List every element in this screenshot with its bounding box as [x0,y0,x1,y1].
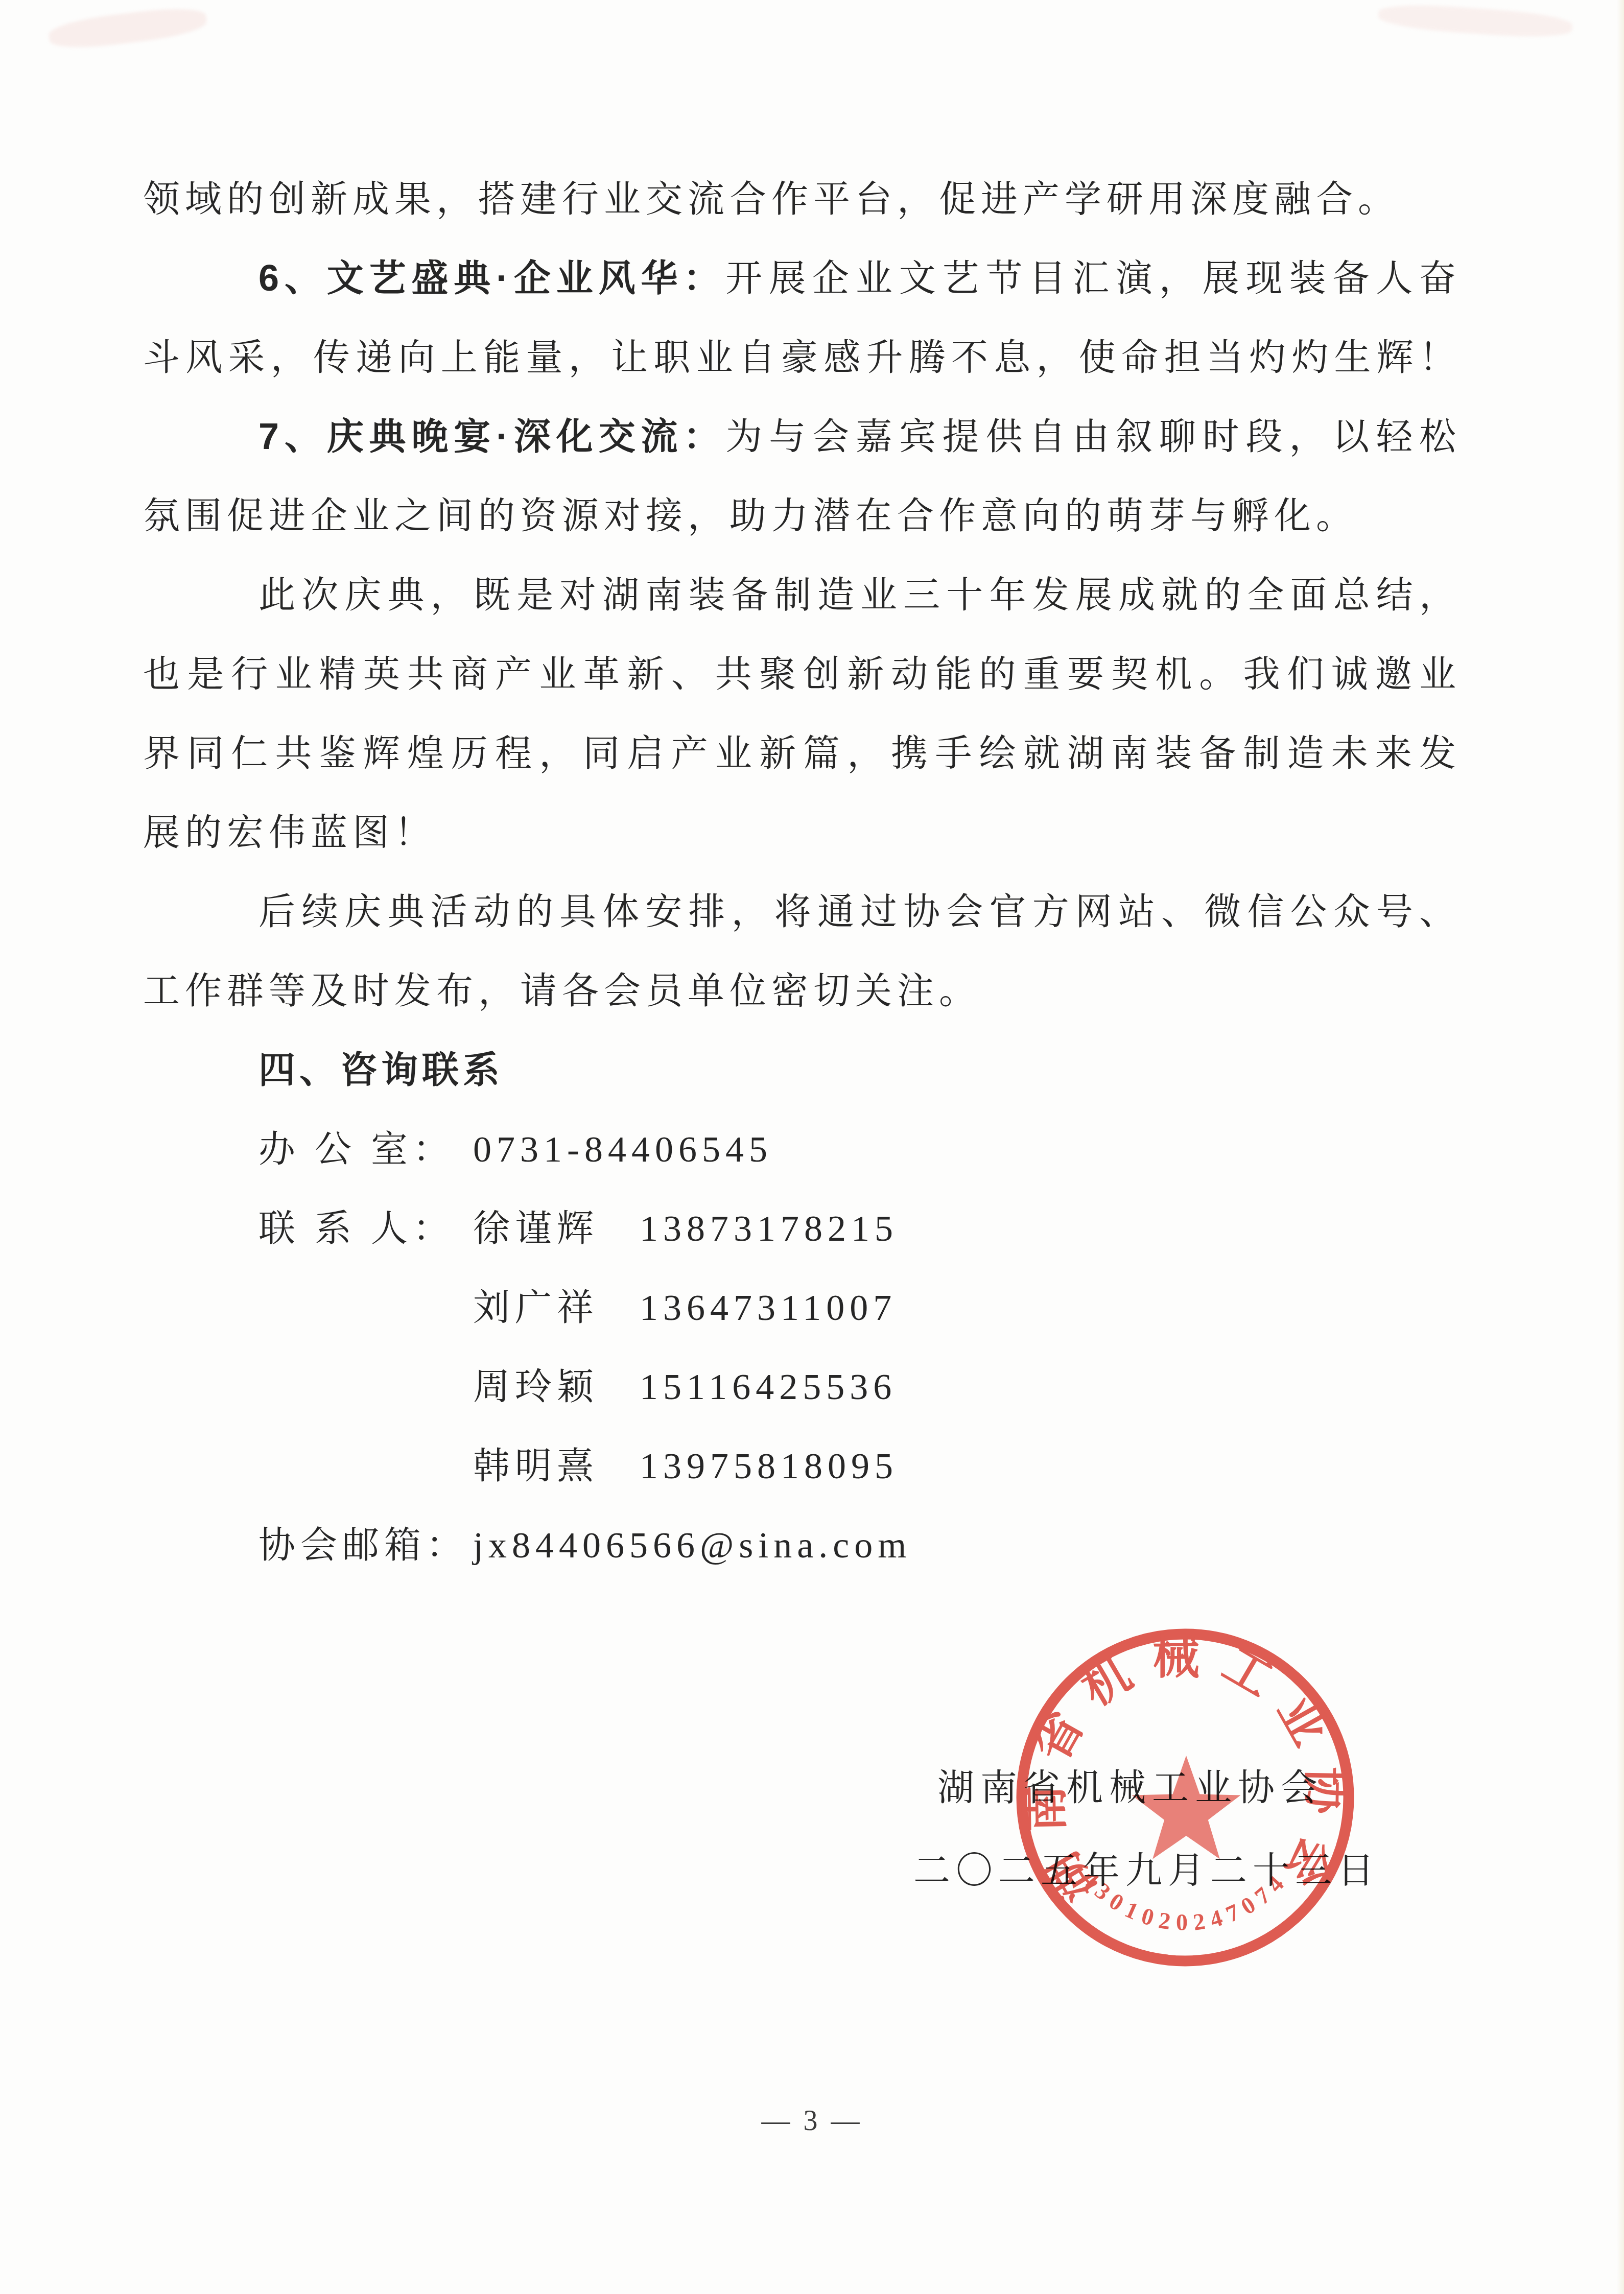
contact-phone: 13873178215 [640,1189,898,1268]
text-segment-bold: 7、庆典晚宴·深化交流： [258,416,725,457]
contact-office-row: 办 公 室：0731-84406545 [143,1110,1461,1189]
office-phone: 0731-84406545 [473,1110,772,1189]
text-line: 后续庆典活动的具体安排，将通过协会官方网站、微信公众号、 [143,872,1461,952]
text-segment-bold: 四、咨询联系 [258,1050,504,1091]
contact-person-label [258,1427,473,1506]
contact-name: 刘广祥 [473,1268,640,1347]
contact-name: 韩明熹 [473,1427,640,1506]
page-edge-shadow [1617,0,1624,2294]
body-text: 领域的创新成果，搭建行业交流合作平台，促进产学研用深度融合。6、文艺盛典·企业风… [143,160,1461,1585]
contact-person-row: 韩明熹13975818095 [143,1427,1461,1506]
text-segment: 工作群等及时发布，请各会员单位密切关注。 [143,971,981,1011]
email-address: jx84406566@sina.com [473,1506,911,1585]
text-segment: 开展企业文艺节目汇演，展现装备人奋 [725,258,1461,299]
text-line: 氛围促进企业之间的资源对接，助力潜在合作意向的萌芽与孵化。 [143,477,1461,556]
document-page: 领域的创新成果，搭建行业交流合作平台，促进产学研用深度融合。6、文艺盛典·企业风… [0,0,1624,2294]
contact-phone: 13975818095 [640,1427,898,1506]
text-segment: 领域的创新成果，搭建行业交流合作平台，促进产学研用深度融合。 [143,179,1400,220]
contact-phone: 13647311007 [640,1268,897,1347]
text-line: 7、庆典晚宴·深化交流：为与会嘉宾提供自由叙聊时段，以轻松 [143,397,1461,477]
text-line: 展的宏伟蓝图！ [143,793,1461,872]
contact-person-row: 刘广祥13647311007 [143,1268,1461,1347]
text-segment: 氛围促进企业之间的资源对接，助力潜在合作意向的萌芽与孵化。 [143,495,1358,536]
text-segment: 界同仁共鉴辉煌历程，同启产业新篇，携手绘就湖南装备制造未来发 [143,733,1461,774]
text-segment: 也是行业精英共商产业革新、共聚创新动能的重要契机。我们诚邀业 [143,654,1461,695]
text-segment-bold: 6、文艺盛典·企业风华： [258,258,725,299]
text-line: 此次庆典，既是对湖南装备制造业三十年发展成就的全面总结， [143,556,1461,635]
contact-name: 周玲颖 [473,1347,640,1427]
text-segment: 此次庆典，既是对湖南装备制造业三十年发展成就的全面总结， [258,575,1461,616]
body-lines: 领域的创新成果，搭建行业交流合作平台，促进产学研用深度融合。6、文艺盛典·企业风… [143,160,1461,1110]
text-line: 界同仁共鉴辉煌历程，同启产业新篇，携手绘就湖南装备制造未来发 [143,714,1461,793]
office-label: 办 公 室： [258,1110,473,1189]
email-label: 协会邮箱： [258,1506,473,1585]
official-seal-stamp: 湖南省机械工业协会 4301020247074 [1014,1619,1356,1977]
contact-email-row: 协会邮箱：jx84406566@sina.com [143,1506,1461,1585]
contact-phone: 15116425536 [640,1347,897,1427]
contact-person-label [258,1347,473,1427]
scan-artifact-top-right [1378,2,1573,40]
contact-person-label [258,1268,473,1347]
contact-name: 徐谨辉 [473,1189,640,1268]
contact-person-row: 联 系 人：徐谨辉13873178215 [143,1189,1461,1268]
text-segment: 为与会嘉宾提供自由叙聊时段，以轻松 [725,416,1461,457]
text-line: 斗风采，传递向上能量，让职业自豪感升腾不息，使命担当灼灼生辉！ [143,318,1461,397]
text-line: 四、咨询联系 [143,1031,1461,1110]
text-segment: 斗风采，传递向上能量，让职业自豪感升腾不息，使命担当灼灼生辉！ [143,337,1461,378]
page-number: — 3 — [0,2104,1624,2137]
text-line: 工作群等及时发布，请各会员单位密切关注。 [143,952,1461,1031]
contact-person-label: 联 系 人： [258,1189,473,1268]
text-line: 6、文艺盛典·企业风华：开展企业文艺节目汇演，展现装备人奋 [143,239,1461,318]
text-line: 也是行业精英共商产业革新、共聚创新动能的重要契机。我们诚邀业 [143,635,1461,714]
seal-star-icon [1132,1756,1241,1859]
text-segment: 后续庆典活动的具体安排，将通过协会官方网站、微信公众号、 [258,891,1461,932]
text-segment: 展的宏伟蓝图！ [143,812,436,853]
contact-person-rows: 联 系 人：徐谨辉13873178215刘广祥13647311007周玲颖151… [143,1189,1461,1506]
seal-serial-number: 4301020247074 [1077,1866,1293,1935]
scan-artifact-top-left [48,4,208,52]
contact-person-row: 周玲颖15116425536 [143,1347,1461,1427]
text-line: 领域的创新成果，搭建行业交流合作平台，促进产学研用深度融合。 [143,160,1461,239]
